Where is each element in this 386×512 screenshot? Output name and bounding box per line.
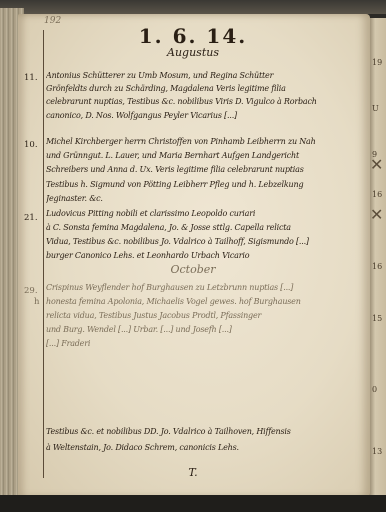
entry-day: 10. <box>24 140 38 150</box>
month-heading-augustus: Augustus <box>0 46 386 59</box>
entry-day: 29. <box>24 286 38 296</box>
entry-day: 21. <box>24 213 38 223</box>
entry-line: Grönfeldts durch zu Schärding, Magdalena… <box>46 84 364 94</box>
year-heading: 1. 6. 14. <box>0 24 386 48</box>
entry-line: honesta femina Apolonia, Michaelis Vogel… <box>46 297 364 307</box>
entry-line: [...] Fraderi <box>46 339 364 349</box>
adjacent-page-edge <box>368 18 386 496</box>
entry-line: und Burg. Wendel [...] Urbar. [...] und … <box>46 325 364 335</box>
adjacent-page-number: U <box>372 104 379 113</box>
scan-background-bottom <box>0 495 386 512</box>
entry-line: und Grünngut. L. Lauer, und Maria Bernha… <box>46 151 364 161</box>
scan-background-top <box>0 0 386 14</box>
adjacent-page-number: 19 <box>372 58 382 67</box>
entry-line: Crispinus Weyflender hof Burghausen zu L… <box>46 283 364 293</box>
margin-note: h <box>34 297 39 307</box>
entry-day: 11. <box>24 73 38 83</box>
entry-line: canonico, D. Nos. Wolfgangus Peyler Vica… <box>46 111 364 121</box>
entry-line: burger Canonico Lehs. et Leonhardo Urbac… <box>46 251 364 261</box>
entry-line: Antonius Schütterer zu Umb Mosum, und Re… <box>46 71 364 81</box>
entry-line: Michel Kirchberger herrn Christoffen von… <box>46 137 364 147</box>
signature-mark: T. <box>0 466 386 479</box>
adjacent-page-number: 13 <box>372 447 382 456</box>
bottom-note-line: Testibus &c. et nobilibus DD. Jo. Vdalri… <box>46 427 364 437</box>
adjacent-page-number: 15 <box>372 314 382 323</box>
bottom-note-line: à Weltenstain, Jo. Didaco Schrem, canoni… <box>46 443 364 453</box>
cross-mark-icon: ✕ <box>370 205 383 224</box>
entry-line: celebrarunt nuptias, Testibus &c. nobili… <box>46 97 364 107</box>
entry-line: Jeginaster. &c. <box>46 194 364 204</box>
entry-line: Vidua, Testibus &c. nobilibus Jo. Vdalri… <box>46 237 364 247</box>
adjacent-page-number: 16 <box>372 190 382 199</box>
month-heading-october: October <box>0 263 386 276</box>
entry-line: Schreibers und Anna d. Ux. Veris legitim… <box>46 165 364 175</box>
entry-line: relicta vidua, Testibus Justus Jacobus P… <box>46 311 364 321</box>
entry-line: Testibus h. Sigmund von Pötting Leibherr… <box>46 180 364 190</box>
entry-line: à C. Sonsta femina Magdalena, Jo. & Joss… <box>46 223 364 233</box>
adjacent-page-number: 16 <box>372 262 382 271</box>
entry-line: Ludovicus Pitting nobili et clarissimo L… <box>46 209 364 219</box>
margin-rule-line <box>43 30 44 478</box>
adjacent-page-number: 0 <box>372 385 377 394</box>
cross-mark-icon: ✕ <box>370 155 383 174</box>
